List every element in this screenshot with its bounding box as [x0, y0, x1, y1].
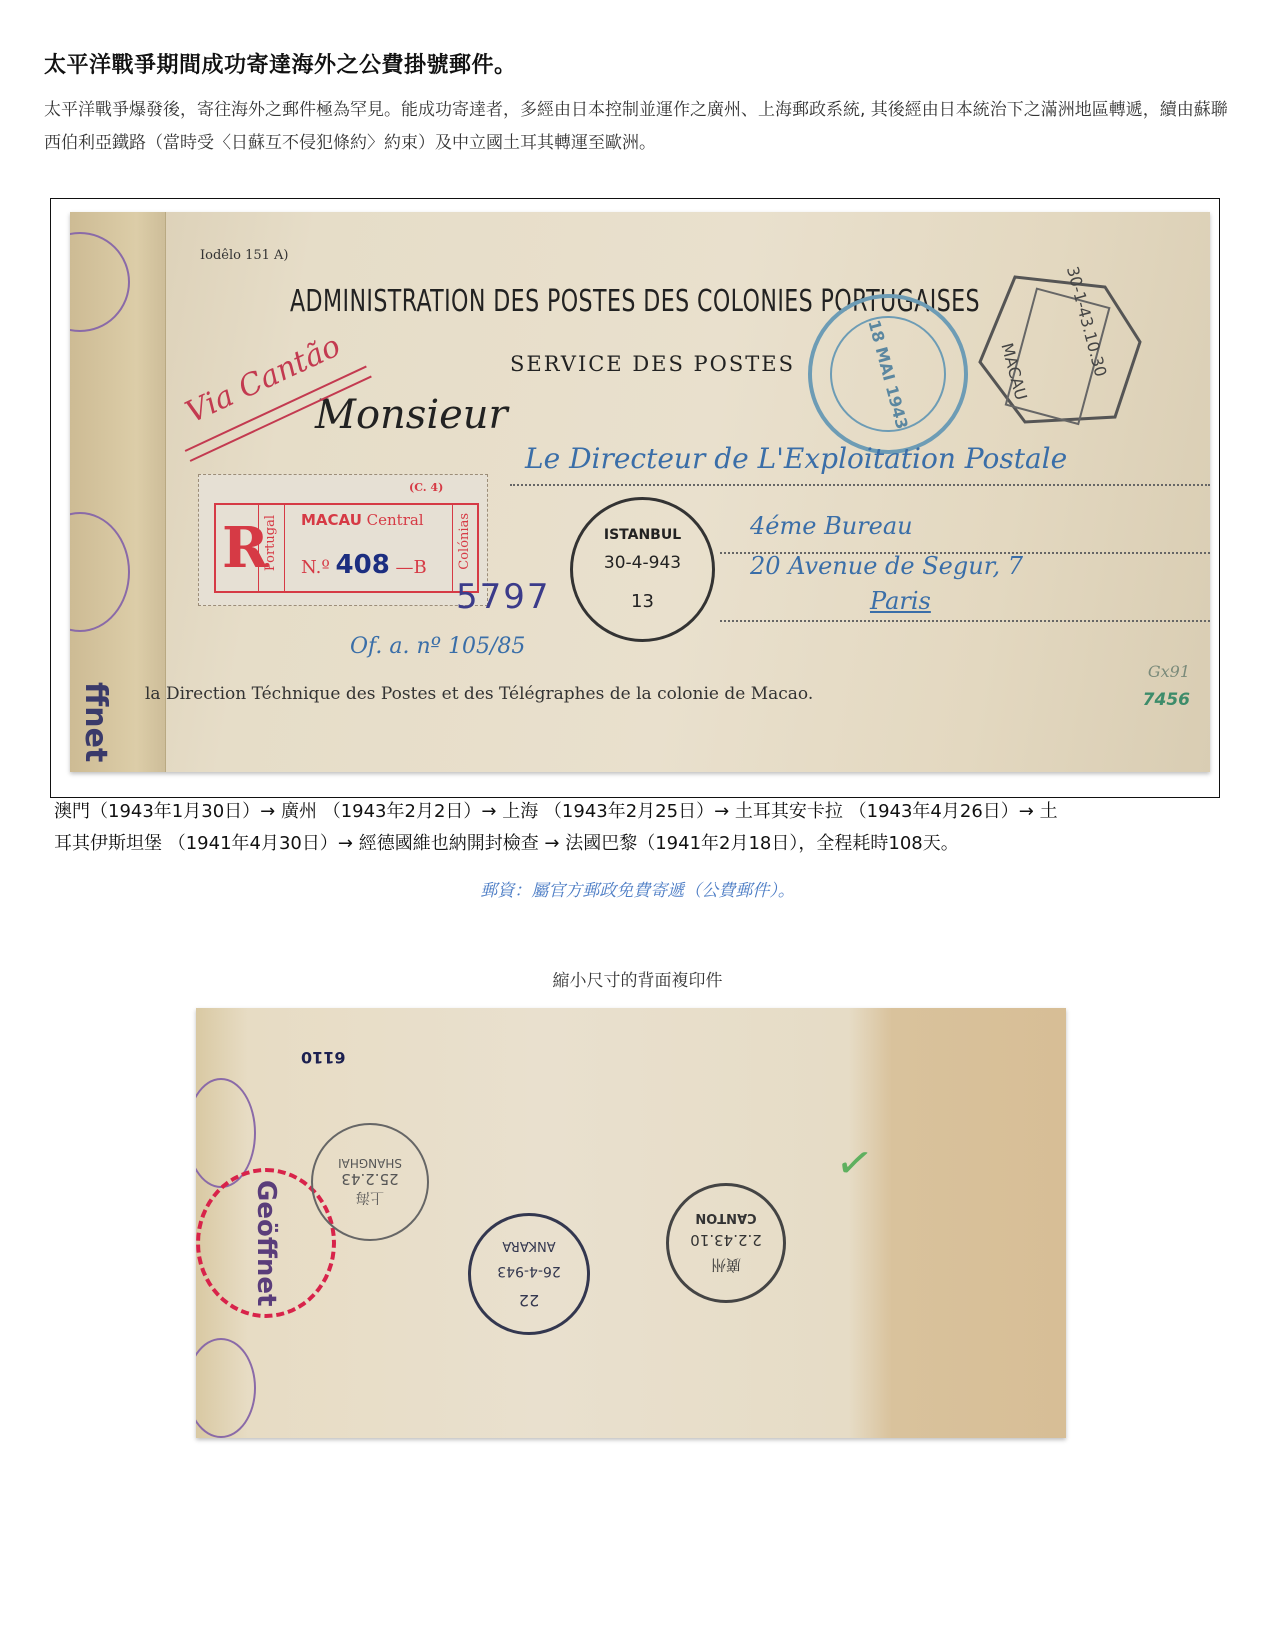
label-office: MACAU Central	[301, 511, 424, 529]
label-colonias: Colónias	[457, 513, 472, 570]
ankara-postmark: 22 26-4-943 ANKARA	[468, 1213, 590, 1335]
shanghai-postmark: 上海 25.2.43 SHANGHAI	[311, 1123, 429, 1241]
front-cover-image: ffnet Iodêlo 151 A) ADMINISTRATION DES P…	[70, 212, 1210, 772]
green-number: 7456	[1143, 690, 1190, 710]
intro-paragraph: 太平洋戰爭爆發後，寄往海外之郵件極為罕見。能成功寄達者，多經由日本控制並運作之廣…	[44, 94, 1234, 160]
back-serial-number: 6110	[301, 1048, 346, 1067]
address-rule	[720, 620, 1210, 622]
registration-label: (C. 4) R Portugal MACAU Central N.º 408 …	[198, 474, 488, 606]
addressee-line-4: Paris	[870, 587, 931, 615]
route-line-1: 澳門（1943年1月30日）→ 廣州 （1943年2月2日）→ 上海 （1943…	[54, 796, 1214, 828]
canton-postmark: 廣州 2.2.43.10 CANTON	[666, 1183, 786, 1303]
blue-stamped-number: 5797	[456, 577, 551, 617]
addressee-line-2: 4éme Bureau	[750, 512, 913, 540]
censor-tape-text: ffnet	[78, 682, 113, 762]
registration-code: (C. 4)	[409, 481, 443, 494]
istanbul-postmark: ISTANBUL 30-4-943 13	[570, 497, 715, 642]
back-cover-image: 6110 Geöffnet 上海 25.2.43 SHANGHAI 22 26-…	[196, 1008, 1066, 1438]
postage-note: 郵資：屬官方郵政免費寄遞（公費郵件）。	[0, 876, 1275, 901]
manuscript-reference: Of. a. nº 105/85	[350, 634, 525, 659]
label-portugal: Portugal	[263, 515, 278, 571]
green-checkmark-icon: ✓	[832, 1135, 877, 1192]
printed-footer: la Direction Téchnique des Postes et des…	[145, 684, 813, 704]
addressee-line-3: 20 Avenue de Segur, 7	[750, 552, 1023, 580]
service-heading: SERVICE DES POSTES	[510, 352, 795, 376]
page-title: 太平洋戰爭期間成功寄達海外之公費掛號郵件。	[44, 48, 517, 79]
censor-stamp-top	[70, 232, 130, 332]
form-model-number: Iodêlo 151 A)	[200, 248, 289, 263]
route-line-2: 耳其伊斯坦堡 （1941年4月30日）→ 經德國維也納開封檢查 → 法國巴黎（1…	[54, 828, 1214, 860]
registered-r-letter: R	[222, 515, 269, 581]
registration-number: N.º 408 —B	[301, 550, 427, 580]
direction-poste-postmark: 18 MAI 1943	[808, 294, 968, 454]
salutation: Monsieur	[315, 392, 508, 438]
wehrmacht-censor-stamp-bottom	[196, 1338, 256, 1438]
back-cover-caption: 縮小尺寸的背面複印件	[0, 966, 1275, 991]
addressee-line-1: Le Directeur de L'Exploitation Postale	[525, 442, 1067, 475]
address-rule	[510, 484, 1210, 486]
route-description: 澳門（1943年1月30日）→ 廣州 （1943年2月2日）→ 上海 （1943…	[54, 796, 1214, 860]
pencil-note: Gx91	[1148, 662, 1190, 681]
censor-stamp-bottom	[70, 512, 130, 632]
